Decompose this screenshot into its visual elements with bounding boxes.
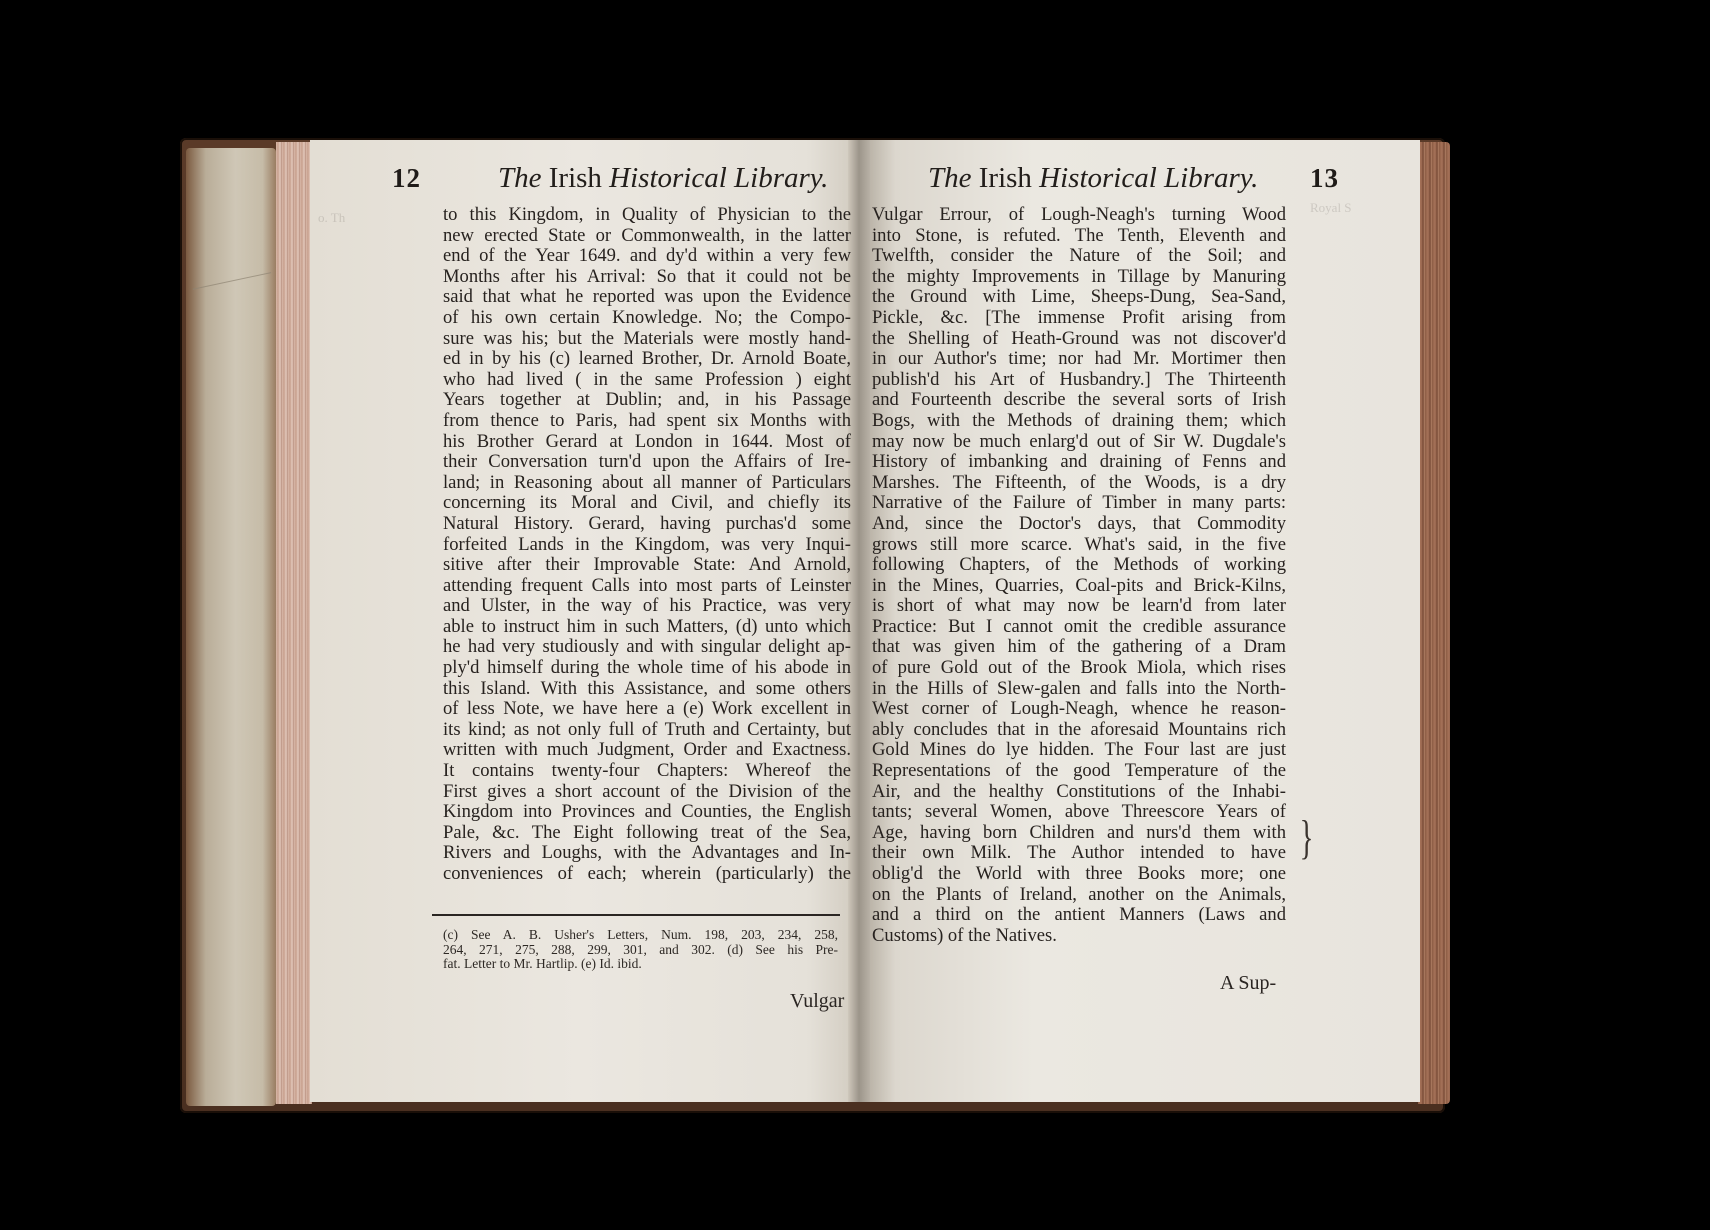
text-line: his Brother Gerard at London in 1644. Mo… [443,432,851,453]
text-line: And, since the Doctor's days, that Commo… [872,514,1286,535]
running-head-the: The [498,162,542,194]
footnote-line: 264, 271, 275, 288, 299, 301, and 302. (… [443,943,838,958]
show-through-text: Royal S [1310,200,1352,216]
text-line: Narrative of the Failure of Timber in ma… [872,493,1286,514]
text-line: Bogs, with the Methods of draining them;… [872,411,1286,432]
running-head-the: The [928,162,972,194]
text-line: may now be much enlarg'd out of Sir W. D… [872,432,1286,453]
text-line: from thence to Paris, had spent six Mont… [443,411,851,432]
margin-bracket-mark: } [1300,810,1314,865]
running-head-title: Historical Library. [609,162,828,194]
running-head-irish: Irish [549,162,602,194]
text-line: publish'd his Art of Husbandry.] The Thi… [872,370,1286,391]
catchword-right: A Sup- [1220,972,1276,995]
text-line: their Conversation turn'd upon the Affai… [443,452,851,473]
running-head-title: Historical Library. [1039,162,1258,194]
text-line: Age, having born Children and nurs'd the… [872,823,1286,844]
text-line: concerning its Moral and Civil, and chie… [443,493,851,514]
footnote-line: fat. Letter to Mr. Hartlip. (e) Id. ibid… [443,957,838,972]
text-line: the mighty Improvements in Tillage by Ma… [872,267,1286,288]
text-line: and Ulster, in the way of his Practice, … [443,596,851,617]
text-line: History of imbanking and draining of Fen… [872,452,1286,473]
text-line: in the Hills of Slew-galen and falls int… [872,679,1286,700]
text-line: sure was his; but the Materials were mos… [443,329,851,350]
text-line: tants; several Women, above Threescore Y… [872,802,1286,823]
text-line: in our Author's time; nor had Mr. Mortim… [872,349,1286,370]
text-line: Months after his Arrival: So that it cou… [443,267,851,288]
text-line: said that what he reported was upon the … [443,287,851,308]
running-head-right: The Irish Historical Library. [928,162,1258,195]
text-line: Vulgar Errour, of Lough-Neagh's turning … [872,205,1286,226]
text-line: ed in by his (c) learned Brother, Dr. Ar… [443,349,851,370]
text-line: of his own certain Knowledge. No; the Co… [443,308,851,329]
text-line: its kind; as not only full of Truth and … [443,720,851,741]
text-line: Marshes. The Fifteenth, of the Woods, is… [872,473,1286,494]
text-line: who had lived ( in the same Profession )… [443,370,851,391]
running-head-irish: Irish [979,162,1032,194]
text-line: land; in Reasoning about all manner of P… [443,473,851,494]
text-line: sitive after their Improvable State: And… [443,555,851,576]
text-line: forfeited Lands in the Kingdom, was very… [443,535,851,556]
text-line: end of the Year 1649. and dy'd within a … [443,246,851,267]
text-line: West corner of Lough-Neagh, whence he re… [872,699,1286,720]
text-line: Years together at Dublin; and, in his Pa… [443,390,851,411]
text-line: conveniences of each; wherein (particula… [443,864,851,885]
text-line: and Fourteenth describe the several sort… [872,390,1286,411]
text-line: to this Kingdom, in Quality of Physician… [443,205,851,226]
text-line: ably concludes that in the aforesaid Mou… [872,720,1286,741]
text-line: of less Note, we have here a (e) Work ex… [443,699,851,720]
text-line: It contains twenty-four Chapters: Whereo… [443,761,851,782]
footnote-line: (c) See A. B. Usher's Letters, Num. 198,… [443,928,838,943]
text-line: attending frequent Calls into most parts… [443,576,851,597]
text-line: on the Plants of Ireland, another on the… [872,885,1286,906]
text-line: Rivers and Loughs, with the Advantages a… [443,843,851,864]
text-line: new erected State or Commonwealth, in th… [443,226,851,247]
footnote-rule [432,914,840,916]
page-number-left: 12 [392,163,421,194]
text-line: grows still more scarce. What's said, in… [872,535,1286,556]
text-line: their own Milk. The Author intended to h… [872,843,1286,864]
text-line: he had very studiously and with singular… [443,637,851,658]
left-fore-edge [276,142,312,1104]
text-line: is short of what may now be learn'd from… [872,596,1286,617]
text-line: Pickle, &c. [The immense Profit arising … [872,308,1286,329]
text-line: into Stone, is refuted. The Tenth, Eleve… [872,226,1286,247]
text-line: this Island. With this Assistance, and s… [443,679,851,700]
text-line: the Shelling of Heath-Ground was not dis… [872,329,1286,350]
catchword-left: Vulgar [790,990,844,1013]
text-line: that was given him of the gathering of a… [872,637,1286,658]
text-line: following Chapters, of the Methods of wo… [872,555,1286,576]
text-line: in the Mines, Quarries, Coal-pits and Br… [872,576,1286,597]
show-through-text: o. Th [318,210,345,226]
text-line: ply'd himself during the whole time of h… [443,658,851,679]
text-line: able to instruct him in such Matters, (d… [443,617,851,638]
text-line: Air, and the healthy Constitutions of th… [872,782,1286,803]
right-fore-edge [1418,142,1450,1104]
text-line: First gives a short account of the Divis… [443,782,851,803]
right-body-text: Vulgar Errour, of Lough-Neagh's turning … [872,205,1286,946]
text-line: Pale, &c. The Eight following treat of t… [443,823,851,844]
gutter [848,140,870,1102]
text-line: Practice: But I cannot omit the credible… [872,617,1286,638]
text-line: Representations of the good Temperature … [872,761,1286,782]
footnotes: (c) See A. B. Usher's Letters, Num. 198,… [443,928,838,972]
text-line: Gold Mines do lye hidden. The Four last … [872,740,1286,761]
page-number-right: 13 [1310,163,1339,194]
text-line: Natural History. Gerard, having purchas'… [443,514,851,535]
text-line: and a third on the antient Manners (Laws… [872,905,1286,926]
running-head-left: The Irish Historical Library. [498,162,828,195]
left-body-text: to this Kingdom, in Quality of Physician… [443,205,851,885]
text-line: Twelfth, consider the Nature of the Soil… [872,246,1286,267]
text-line: Kingdom into Provinces and Counties, the… [443,802,851,823]
text-line: of pure Gold out of the Brook Miola, whi… [872,658,1286,679]
text-line: Customs) of the Natives. [872,926,1286,947]
text-line: oblig'd the World with three Books more;… [872,864,1286,885]
text-line: the Ground with Lime, Sheeps-Dung, Sea-S… [872,287,1286,308]
text-line: written with much Judgment, Order and Ex… [443,740,851,761]
